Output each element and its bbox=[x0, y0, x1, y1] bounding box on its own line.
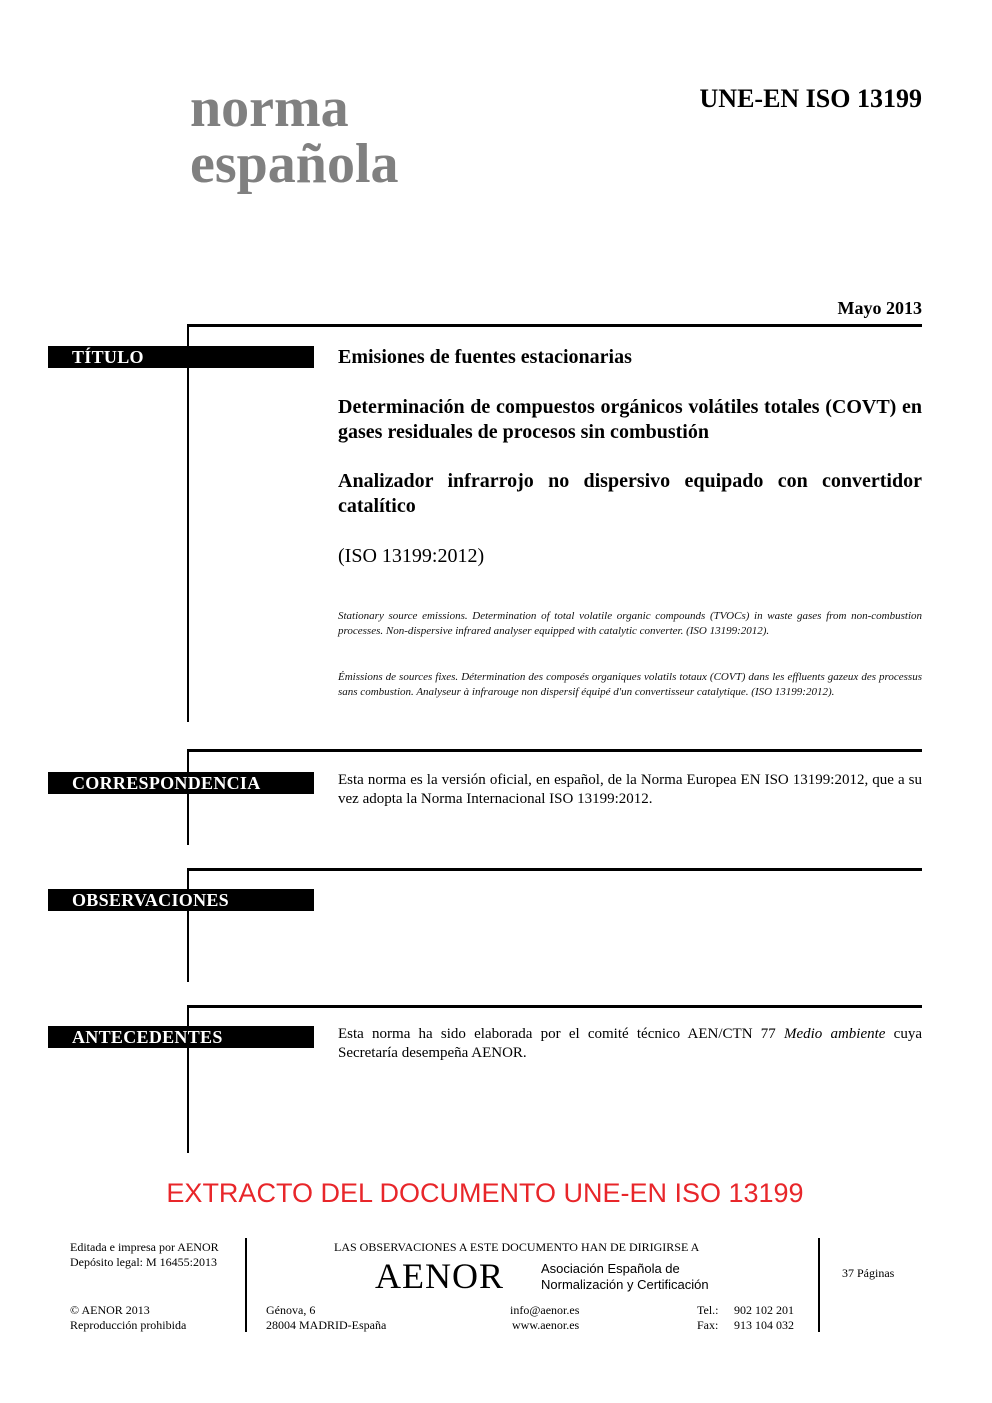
page-count: 37 Páginas bbox=[842, 1265, 894, 1281]
footer-rule-right bbox=[818, 1238, 820, 1332]
aenor-org-name: Asociación Española de Normalización y C… bbox=[541, 1261, 709, 1293]
aenor-logo: AENOR bbox=[375, 1258, 504, 1294]
label-antecedentes: ANTECEDENTES bbox=[48, 1026, 314, 1048]
footer-tel-label: Tel.: bbox=[697, 1302, 719, 1318]
section-rule bbox=[187, 749, 189, 845]
section-divider bbox=[187, 324, 922, 327]
label-observaciones: OBSERVACIONES bbox=[48, 889, 314, 911]
footer-website[interactable]: www.aenor.es bbox=[512, 1317, 579, 1333]
aenor-org-line-2: Normalización y Certificación bbox=[541, 1277, 709, 1293]
footer-fax: 913 104 032 bbox=[734, 1317, 794, 1333]
observations-notice: LAS OBSERVACIONES A ESTE DOCUMENTO HAN D… bbox=[334, 1239, 699, 1255]
footer-address-1: Génova, 6 bbox=[266, 1302, 315, 1318]
brand-title: norma española bbox=[190, 80, 399, 192]
label-correspondencia: CORRESPONDENCIA bbox=[48, 772, 314, 794]
antecedentes-text-start: Esta norma ha sido elaborada por el comi… bbox=[338, 1026, 784, 1042]
footer-rights: Reproducción prohibida bbox=[70, 1317, 186, 1333]
brand-line-1: norma bbox=[190, 80, 399, 136]
aenor-org-line-1: Asociación Española de bbox=[541, 1261, 709, 1277]
footer-address-2: 28004 MADRID-España bbox=[266, 1317, 386, 1333]
footer-tel: 902 102 201 bbox=[734, 1302, 794, 1318]
section-divider bbox=[187, 1005, 922, 1008]
footer-rule-left bbox=[245, 1238, 247, 1332]
standard-code: UNE-EN ISO 13199 bbox=[700, 84, 922, 114]
iso-reference: (ISO 13199:2012) bbox=[338, 544, 922, 569]
extract-watermark: EXTRACTO DEL DOCUMENTO UNE-EN ISO 13199 bbox=[0, 1178, 970, 1209]
publication-date: Mayo 2013 bbox=[838, 298, 923, 319]
footer-edited: Editada e impresa por AENOR bbox=[70, 1239, 219, 1255]
section-rule bbox=[187, 324, 189, 722]
title-main: Emisiones de fuentes estacionarias bbox=[338, 345, 922, 370]
label-titulo: TÍTULO bbox=[48, 346, 314, 368]
section-divider bbox=[187, 749, 922, 752]
correspondencia-text: Esta norma es la versión oficial, en esp… bbox=[338, 771, 922, 809]
footer-deposit: Depósito legal: M 16455:2013 bbox=[70, 1254, 217, 1270]
committee-name: Medio ambiente bbox=[784, 1026, 886, 1042]
french-title: Émissions de sources fixes. Déterminatio… bbox=[338, 670, 922, 700]
footer-fax-label: Fax: bbox=[697, 1317, 718, 1333]
footer-copyright: © AENOR 2013 bbox=[70, 1302, 150, 1318]
antecedentes-text: Esta norma ha sido elaborada por el comi… bbox=[338, 1025, 922, 1063]
title-part2: Determinación de compuestos orgánicos vo… bbox=[338, 395, 922, 445]
title-part3: Analizador infrarrojo no dispersivo equi… bbox=[338, 469, 922, 519]
english-title: Stationary source emissions. Determinati… bbox=[338, 609, 922, 639]
section-rule bbox=[187, 868, 189, 982]
section-divider bbox=[187, 868, 922, 871]
footer-email[interactable]: info@aenor.es bbox=[510, 1302, 579, 1318]
brand-line-2: española bbox=[190, 136, 399, 192]
